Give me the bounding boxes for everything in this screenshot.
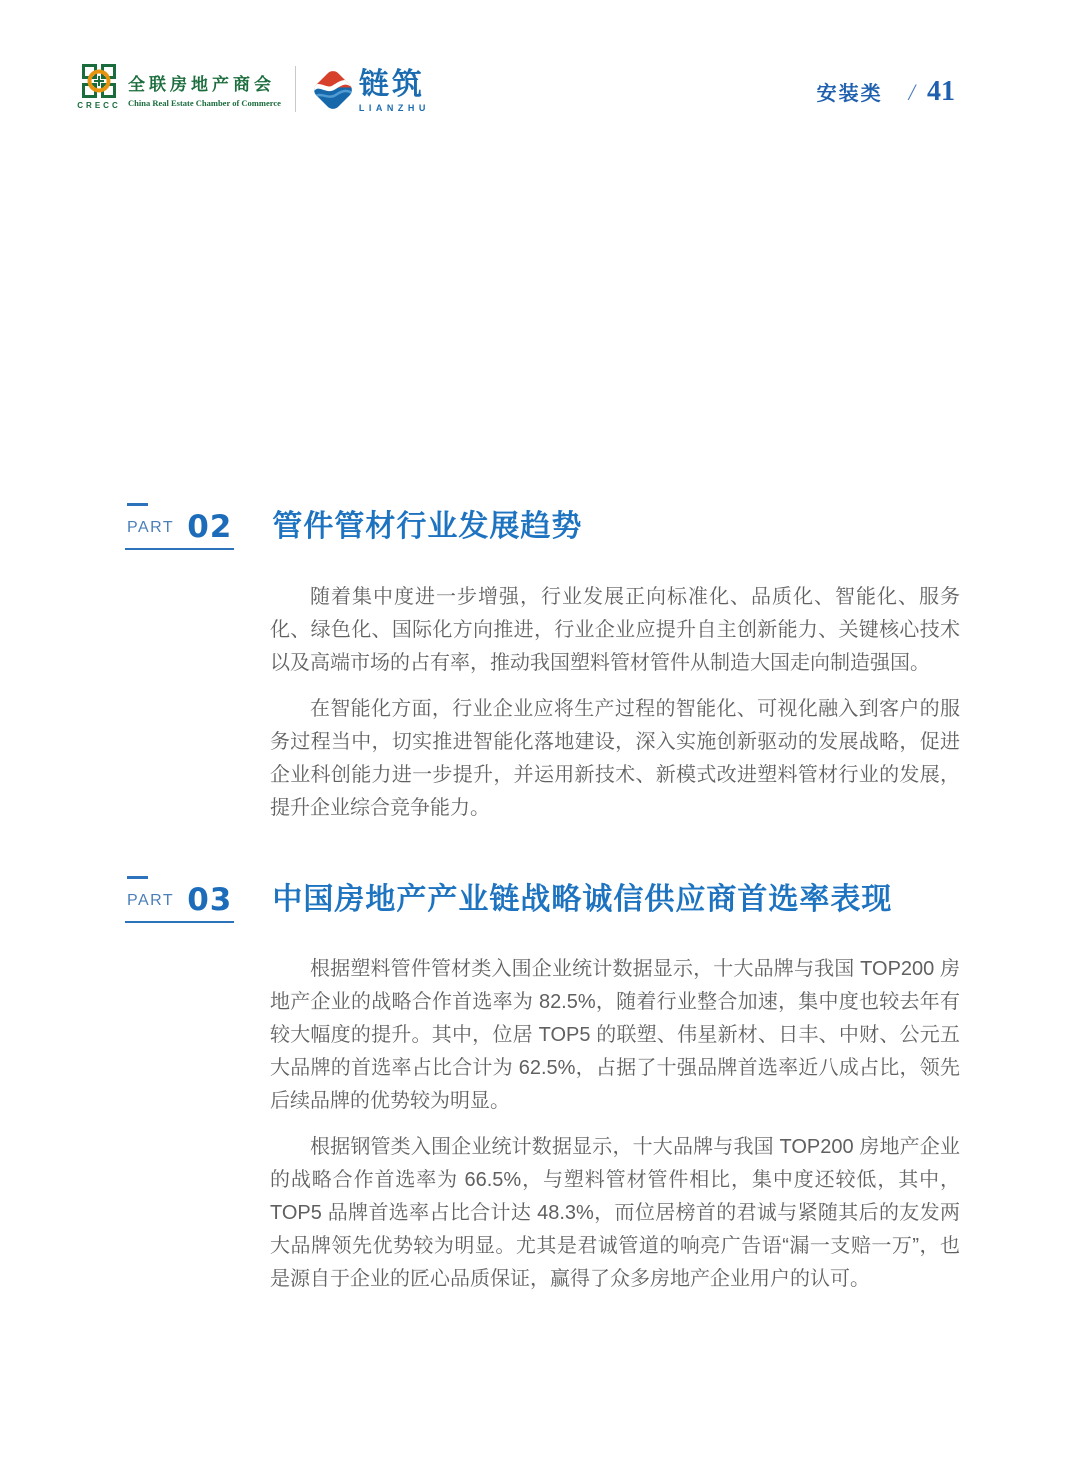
lianzhu-logo: 链筑 LIANZHU — [312, 64, 430, 119]
section-02-body: 随着集中度进一步增强，行业发展正向标准化、品质化、智能化、服务化、绿色化、国际化… — [270, 581, 960, 825]
part-overline — [127, 876, 148, 879]
crecc-names: 全联房地产商会 China Real Estate Chamber of Com… — [128, 70, 281, 108]
part-badge-02: PART 02 — [125, 503, 234, 550]
crecc-name-cn: 全联房地产商会 — [128, 70, 281, 95]
part-overline — [127, 503, 148, 506]
page-header-label: 安装类 / 41 — [817, 76, 955, 108]
page-number: 41 — [927, 76, 955, 108]
lianzhu-name-en: LIANZHU — [359, 103, 430, 113]
paragraph: 根据钢管类入围企业统计数据显示，十大品牌与我国 TOP200 房地产企业的战略合… — [270, 1131, 960, 1296]
crecc-abbr: CRECC — [77, 101, 120, 110]
section-03-body: 根据塑料管件管材类入围企业统计数据显示，十大品牌与我国 TOP200 房地产企业… — [270, 953, 960, 1296]
lianzhu-logo-icon — [312, 66, 354, 119]
crecc-name-en: China Real Estate Chamber of Commerce — [128, 98, 281, 108]
section-03-header: PART 03 中国房地产产业链战略诚信供应商首选率表现 — [125, 876, 958, 923]
document-page: CRECC 全联房地产商会 China Real Estate Chamber … — [0, 0, 1075, 1459]
section-02-header: PART 02 管件管材行业发展趋势 — [125, 503, 958, 550]
section-part-02: PART 02 管件管材行业发展趋势 随着集中度进一步增强，行业发展正向标准化、… — [125, 503, 958, 825]
lianzhu-names: 链筑 LIANZHU — [359, 68, 430, 113]
paragraph: 随着集中度进一步增强，行业发展正向标准化、品质化、智能化、服务化、绿色化、国际化… — [270, 581, 960, 680]
part-number: 03 — [187, 888, 232, 912]
part-badge-03: PART 03 — [125, 876, 234, 923]
paragraph: 根据塑料管件管材类入围企业统计数据显示，十大品牌与我国 TOP200 房地产企业… — [270, 953, 960, 1118]
crecc-logo: CRECC — [78, 64, 120, 110]
section-part-03: PART 03 中国房地产产业链战略诚信供应商首选率表现 根据塑料管件管材类入围… — [125, 876, 958, 1296]
section-02-title: 管件管材行业发展趋势 — [272, 508, 582, 546]
crecc-ring-icon — [88, 70, 111, 93]
crecc-logo-icon — [82, 64, 116, 98]
lianzhu-name-cn: 链筑 — [359, 68, 430, 101]
header-logos: CRECC 全联房地产商会 China Real Estate Chamber … — [78, 64, 430, 119]
separator-slash: / — [909, 80, 915, 106]
logo-divider — [295, 66, 296, 112]
section-03-title: 中国房地产产业链战略诚信供应商首选率表现 — [272, 881, 892, 919]
part-number: 02 — [187, 515, 232, 539]
part-label: PART — [127, 520, 174, 539]
paragraph: 在智能化方面，行业企业应将生产过程的智能化、可视化融入到客户的服务过程当中，切实… — [270, 693, 960, 825]
category-label: 安装类 — [817, 77, 883, 106]
part-label: PART — [127, 893, 174, 912]
